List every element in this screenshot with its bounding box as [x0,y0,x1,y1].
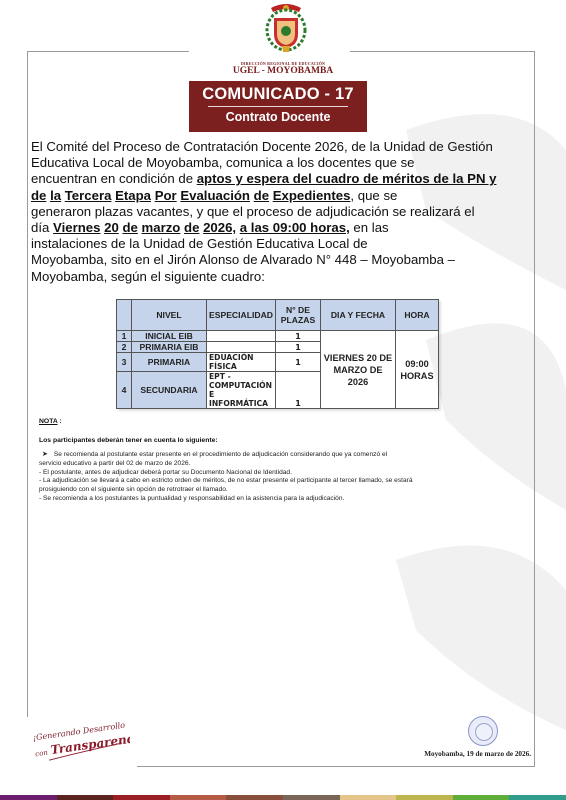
word: la [129,236,139,251]
emphasis-word: Expedientes, [273,188,354,203]
word: que se [375,155,415,170]
plain-text: encuentran en condición de [31,171,197,186]
emphasis-word: Expedientes [273,188,351,203]
body-line: El Comité del Proceso de Contratación Do… [31,139,529,155]
stripe-segment [283,795,340,800]
nota-label-text: NOTA [39,418,58,425]
arrow-bullet-icon: ➤ [42,451,48,460]
col-header-plazas: N° DE PLAZAS [275,300,320,331]
slogan-logo: ¡Generando Desarrollo con Transparencia! [30,722,130,762]
row-plazas: 1 [275,331,320,342]
nota-item: servicio educativo a partir del 02 de ma… [39,460,519,469]
row-nivel: PRIMARIA EIB [132,342,207,353]
stripe-segment [170,795,227,800]
emphasis-word: a las 09:00 horas, [240,220,350,235]
nota-item: - El postulante, antes de adjudicar debe… [39,469,519,478]
ugel-coat-of-arms-icon [263,2,309,56]
nota-item: ➤Se recomienda al postulante estar prese… [39,451,519,460]
emphasis-word: de [31,188,46,203]
word: Educativa [256,236,314,251]
row-nivel: SECUNDARIA [132,372,207,409]
emphasis-word: Tercera [65,188,112,203]
frame-border-top-right [350,51,535,52]
frame-border-left [27,51,28,717]
word: se [383,188,397,203]
word: docentes [318,155,372,170]
body-line: Moyobamba, sito en el Jirón Alonso de Al… [31,252,529,268]
word: instalaciones [31,236,107,251]
emphasis-word: Evaluación [180,188,250,203]
word: de [128,155,143,170]
banner-title: COMUNICADO - 17 [189,85,367,104]
stripe-segment [226,795,283,800]
row-index: 1 [117,331,132,342]
seal-inner-ring [475,723,493,741]
emphasis-word: de [122,220,137,235]
row-index: 4 [117,372,132,409]
nota-item-text: Se recomienda al postulante estar presen… [54,451,387,458]
plazas-table: NIVEL ESPECIALIDAD N° DE PLAZAS DIA Y FE… [116,299,439,409]
stripe-segment [453,795,510,800]
hora-cell: 09:00 HORAS [395,331,438,409]
col-header-fecha: DIA Y FECHA [320,300,395,331]
word: de [111,236,126,251]
stripe-segment [0,795,57,800]
row-plazas: 1 [275,353,320,372]
official-seal-icon [468,716,498,746]
word: comunica [226,155,282,170]
fecha-cell: VIERNES 20 DE MARZO DE 2026 [320,331,395,409]
stripe-segment [57,795,114,800]
row-index: 2 [117,342,132,353]
nota-label: NOTA : [39,418,62,425]
stripe-segment [509,795,566,800]
word: las [372,220,389,235]
row-plazas: 1 [275,342,320,353]
emphasis-word: Viernes [53,220,100,235]
body-line: encuentran en condición de aptos y esper… [31,171,529,187]
comunicado-banner: COMUNICADO - 17 Contrato Docente [189,81,367,132]
emphasis-text: aptos y espera del cuadro de méritos de … [197,171,497,186]
word: Moyobamba, [146,155,222,170]
row-especialidad: EPT - COMPUTACIÓN E INFORMÁTICA [207,372,276,409]
body-line: instalaciones de la Unidad de Gestión Ed… [31,236,529,252]
banner-divider [208,106,348,107]
nota-list: ➤Se recomienda al postulante estar prese… [39,451,519,504]
emphasis-word: marzo [142,220,181,235]
emphasis-word: de [254,188,269,203]
word: Educativa [31,155,89,170]
row-especialidad [207,342,276,353]
table-row: 1 INICIAL EIB 1 VIERNES 20 DE MARZO DE 2… [117,331,439,342]
word: generaron plazas vacantes, y que el [31,204,243,219]
word: Unidad [143,236,185,251]
word: en [353,220,368,235]
word: proceso [247,204,294,219]
stripe-segment [113,795,170,800]
col-header-especialidad: ESPECIALIDAD [207,300,276,331]
banner-subtitle: Contrato Docente [189,110,367,124]
footer-color-stripe [0,795,566,800]
emphasis-word: Por [155,188,177,203]
col-header-index [117,300,132,331]
word: de Alvarado N° 448 [243,252,357,267]
emphasis-word: de [184,220,199,235]
nota-item: prosiguiendo con el siguiente sin opción… [39,486,519,495]
word: sito [111,252,132,267]
word: Local [318,236,350,251]
col-header-nivel: NIVEL [132,300,207,331]
slogan-prefix: con [35,749,49,759]
word: de [189,236,204,251]
emphasis-word: 2026, [203,220,236,235]
table-header-row: NIVEL ESPECIALIDAD N° DE PLAZAS DIA Y FE… [117,300,439,331]
word: a [286,155,293,170]
nota-intro: Los participantes deberán tener en cuent… [39,437,218,444]
emphasis-word: 20 [104,220,119,235]
word: el [153,252,163,267]
nota-item: - Se recomienda a los postulantes la pun… [39,495,519,504]
word: los [297,155,314,170]
nota-item: - La adjudicación se llevará a cabo en e… [39,477,519,486]
row-plazas: 1 [275,372,320,409]
frame-border-top-left [27,51,189,52]
word: que [358,188,380,203]
word: de adjudicación se realizará el [297,204,474,219]
stripe-segment [396,795,453,800]
body-line: de la Tercera Etapa Por Evaluación de Ex… [31,188,529,204]
frame-border-bottom [137,766,535,767]
stripe-segment [340,795,397,800]
word: Jirón Alonso [167,252,239,267]
body-line: Moyobamba, según el siguiente cuadro: [31,269,529,285]
row-especialidad: EDUACIÓN FÍSICA [207,353,276,372]
word: Moyobamba, [31,252,107,267]
word: – Moyobamba – [360,252,455,267]
word: día [31,220,49,235]
col-header-hora: HORA [395,300,438,331]
row-nivel: PRIMARIA [132,353,207,372]
row-nivel: INICIAL EIB [132,331,207,342]
emphasis-word: Etapa [115,188,151,203]
word: Local [93,155,125,170]
signature-date: Moyobamba, 19 de marzo de 2026. [380,750,531,758]
emphasis-word: la [50,188,61,203]
row-especialidad [207,331,276,342]
body-line: día Viernes 20 de marzo de 2026, a las 0… [31,220,529,236]
body-line: Educativa Local de Moyobamba, comunica a… [31,155,529,171]
nota-label-suffix: : [58,418,62,425]
body-paragraph: El Comité del Proceso de Contratación Do… [31,139,529,285]
institution-name: UGEL - MOYOBAMBA [0,66,566,76]
row-index: 3 [117,353,132,372]
frame-border-right [534,51,535,766]
word: en [135,252,150,267]
word: de [353,236,368,251]
body-line: generaron plazas vacantes, y que el proc… [31,204,529,220]
word: Gestión [207,236,252,251]
